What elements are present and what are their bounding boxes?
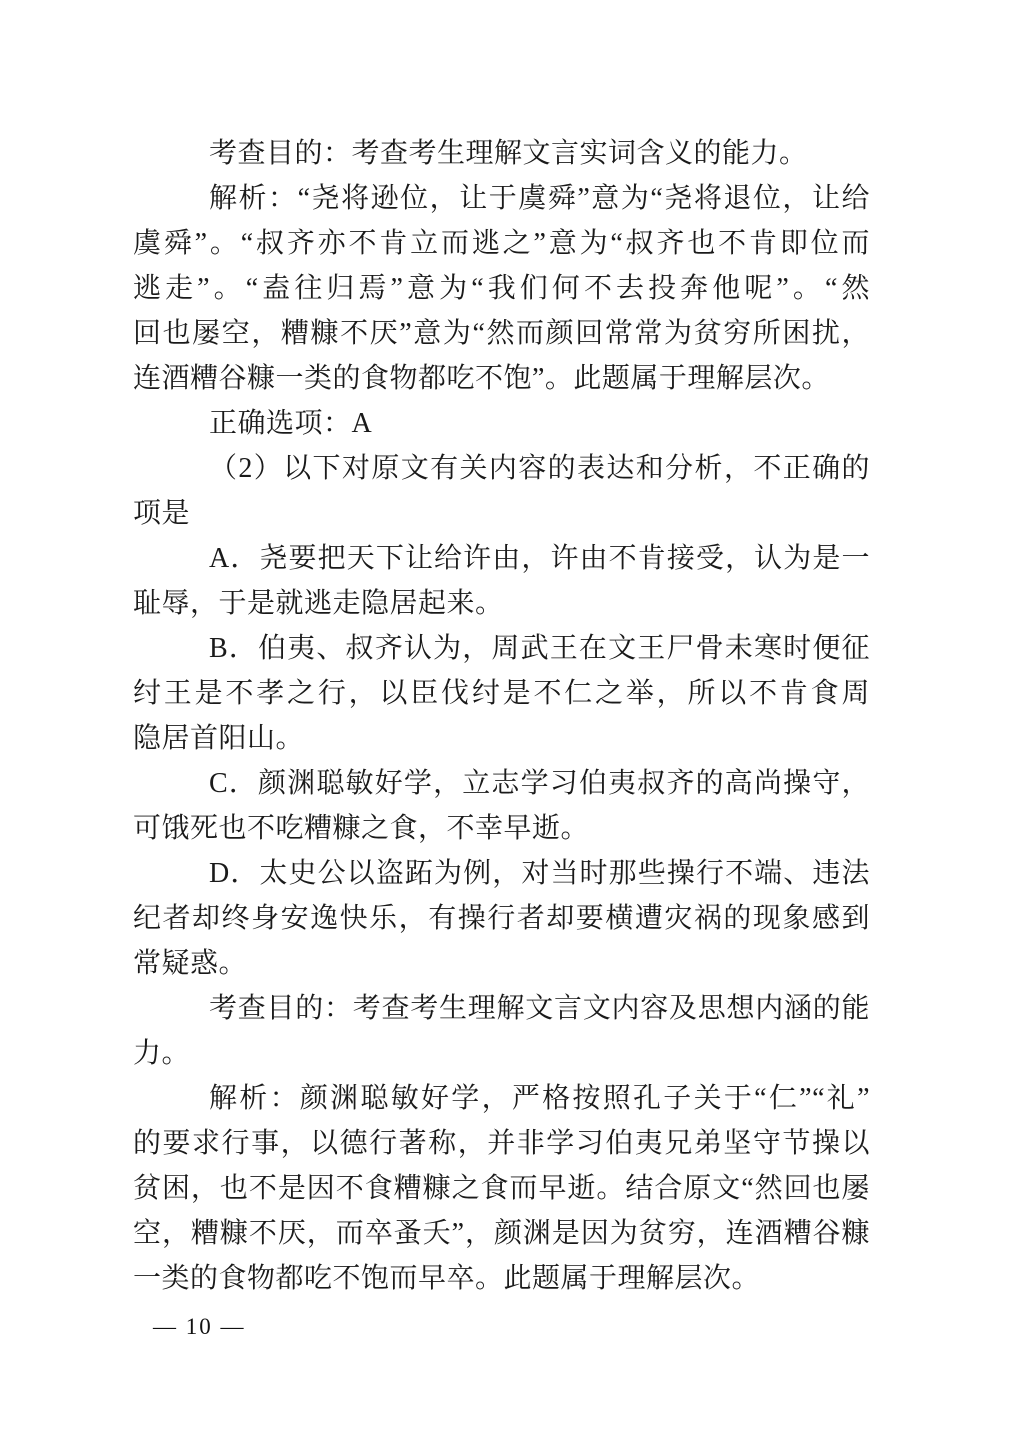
text-line: 解析：颜渊聪敏好学，严格按照孔子关于“仁”“礼” <box>133 1076 870 1121</box>
text-line: 力。 <box>133 1031 870 1076</box>
text-line: 可饿死也不吃糟糠之食，不幸早逝。 <box>133 806 870 851</box>
text-line: 的要求行事，以德行著称，并非学习伯夷兄弟坚守节操以致 <box>133 1121 870 1166</box>
text-line: 隐居首阳山。 <box>133 716 870 761</box>
text-line: 纪者却终身安逸快乐，有操行者却要横遭灾祸的现象感到非 <box>133 896 870 941</box>
document-body: 考查目的：考查考生理解文言实词含义的能力。解析：“尧将逊位，让于虞舜”意为“尧将… <box>133 131 870 1301</box>
text-line: 空，糟糠不厌，而卒蚤夭”，颜渊是因为贫穷，连酒糟谷糠 <box>133 1211 870 1256</box>
text-line: 贫困，也不是因不食糟糠之食而早逝。结合原文“然回也屡 <box>133 1166 870 1211</box>
text-line: 考查目的：考查考生理解文言文内容及思想内涵的能 <box>133 986 870 1031</box>
text-line: B．伯夷、叔齐认为，周武王在文王尸骨未寒时便征讨 <box>133 626 870 671</box>
text-line: 考查目的：考查考生理解文言实词含义的能力。 <box>133 131 870 176</box>
text-line: 纣王是不孝之行，以臣伐纣是不仁之举，所以不肯食周粟， <box>133 671 870 716</box>
text-line: 回也屡空，糟糠不厌”意为“然而颜回常常为贫穷所困扰， <box>133 311 870 356</box>
page-footer: — 10 — <box>153 1312 246 1342</box>
text-line: 解析：“尧将逊位，让于虞舜”意为“尧将退位，让给 <box>133 176 870 221</box>
text-line: 正确选项：A <box>133 401 870 446</box>
text-line: C．颜渊聪敏好学，立志学习伯夷叔齐的高尚操守，宁 <box>133 761 870 806</box>
text-line: D．太史公以盗跖为例，对当时那些操行不端、违法乱 <box>133 851 870 896</box>
text-line: 逃走”。“盍往归焉”意为“我们何不去投奔他呢”。“然 <box>133 266 870 311</box>
text-line: 连酒糟谷糠一类的食物都吃不饱”。此题属于理解层次。 <box>133 356 870 401</box>
text-line: 常疑惑。 <box>133 941 870 986</box>
text-line: 耻辱，于是就逃走隐居起来。 <box>133 581 870 626</box>
text-line: 一类的食物都吃不饱而早卒。此题属于理解层次。 <box>133 1256 870 1301</box>
text-line: （2）以下对原文有关内容的表达和分析，不正确的一 <box>133 446 870 491</box>
text-line: A．尧要把天下让给许由，许由不肯接受，认为是一种 <box>133 536 870 581</box>
text-line: 项是 <box>133 491 870 536</box>
document-page: 考查目的：考查考生理解文言实词含义的能力。解析：“尧将逊位，让于虞舜”意为“尧将… <box>0 0 1024 1447</box>
page-number: — 10 — <box>153 1314 246 1339</box>
text-line: 虞舜”。“叔齐亦不肯立而逃之”意为“叔齐也不肯即位而 <box>133 221 870 266</box>
